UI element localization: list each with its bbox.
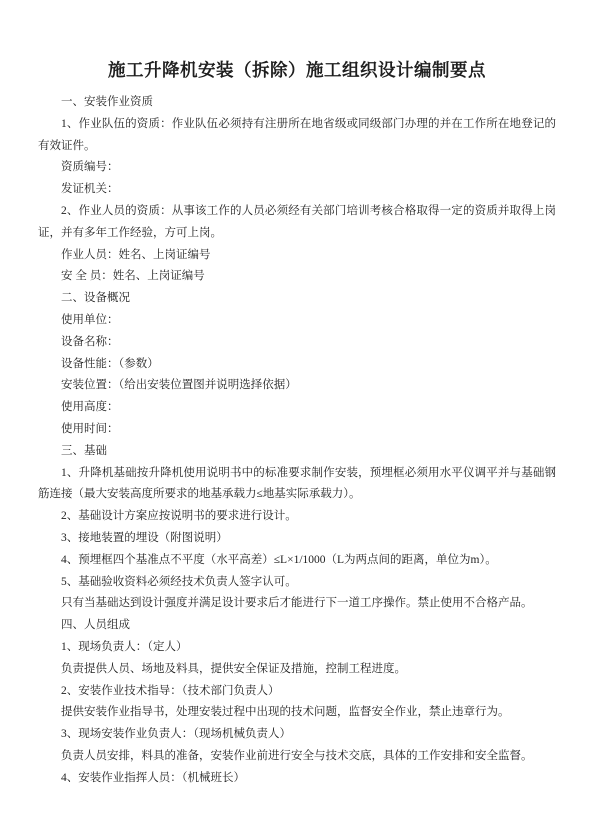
paragraph: 5、基础验收资料必须经技术负责人签字认可。 — [38, 572, 556, 594]
paragraph: 安装位置：（给出安装位置图并说明选择依据） — [38, 375, 556, 397]
paragraph: 4、预埋框四个基准点不平度（水平高差）≤L×1/1000（L为两点间的距离，单位… — [38, 550, 556, 572]
paragraph: 提供安装作业指导书，处理安装过程中出现的技术问题，监督安全作业，禁止违章行为。 — [38, 702, 556, 724]
paragraph: 1、升降机基础按升降机使用说明书中的标准要求制作安装，预埋框必须用水平仪调平并与… — [38, 463, 556, 507]
document-page: 施工升降机安装（拆除）施工组织设计编制要点 一、安装作业资质1、作业队伍的资质：… — [0, 0, 590, 835]
paragraph: 四、人员组成 — [38, 615, 556, 637]
paragraph: 3、现场安装作业负责人：（现场机械负责人） — [38, 724, 556, 746]
paragraph: 负责人员安排，料具的准备，安装作业前进行安全与技术交底，具体的工作安排和安全监督… — [38, 746, 556, 768]
paragraph: 2、作业人员的资质：从事该工作的人员必须经有关部门培训考核合格取得一定的资质并取… — [38, 201, 556, 245]
paragraph: 1、作业队伍的资质：作业队伍必须持有注册所在地省级或同级部门办理的并在工作所在地… — [38, 114, 556, 158]
paragraph: 三、基础 — [38, 441, 556, 463]
paragraph: 设备名称： — [38, 332, 556, 354]
paragraph: 2、安装作业技术指导：（技术部门负责人） — [38, 681, 556, 703]
paragraph: 使用时间： — [38, 419, 556, 441]
paragraph: 负责提供人员、场地及料具，提供安全保证及措施，控制工程进度。 — [38, 659, 556, 681]
paragraph: 二、设备概况 — [38, 288, 556, 310]
paragraph: 设备性能：（参数） — [38, 354, 556, 376]
paragraph: 发证机关： — [38, 179, 556, 201]
paragraph: 使用单位： — [38, 310, 556, 332]
paragraph: 作业人员：姓名、上岗证编号 — [38, 245, 556, 267]
document-body: 一、安装作业资质1、作业队伍的资质：作业队伍必须持有注册所在地省级或同级部门办理… — [38, 92, 556, 790]
paragraph: 使用高度： — [38, 397, 556, 419]
document-title: 施工升降机安装（拆除）施工组织设计编制要点 — [38, 57, 556, 84]
paragraph: 一、安装作业资质 — [38, 92, 556, 114]
paragraph: 2、基础设计方案应按说明书的要求进行设计。 — [38, 506, 556, 528]
paragraph: 安 全 员：姓名、上岗证编号 — [38, 266, 556, 288]
paragraph: 资质编号： — [38, 157, 556, 179]
paragraph: 3、接地装置的埋设（附图说明） — [38, 528, 556, 550]
paragraph: 只有当基础达到设计强度并满足设计要求后才能进行下一道工序操作。禁止使用不合格产品… — [38, 593, 556, 615]
paragraph: 4、安装作业指挥人员：（机械班长） — [38, 768, 556, 790]
paragraph: 1、现场负责人：（定人） — [38, 637, 556, 659]
